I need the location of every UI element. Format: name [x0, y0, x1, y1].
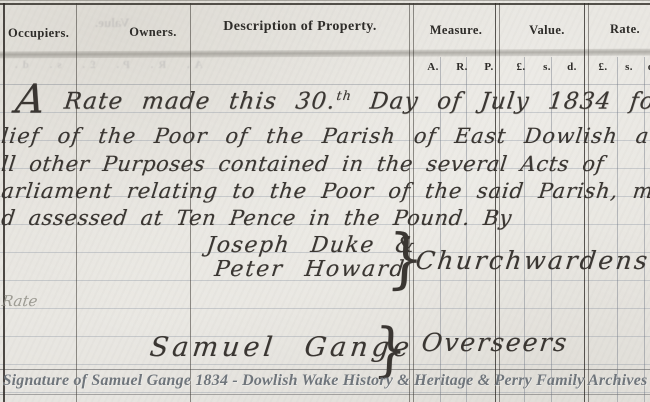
handwritten-line-1-text: Rate made this 30.: [44, 89, 337, 115]
column-header-owners: Owners.: [129, 25, 177, 40]
bleedthrough-text: A. R. P. £. s. d.: [10, 59, 203, 71]
subcolumn-header-perches: P.: [484, 61, 493, 73]
churchwardens-label: Churchwardens: [414, 246, 650, 275]
handwritten-line-2: lief of the Poor of the Parish of East D…: [0, 124, 650, 148]
column-header-rate: Rate.: [610, 22, 640, 37]
page-top-edge: [0, 0, 650, 1]
archive-caption: Signature of Samuel Gange 1834 - Dowlish…: [3, 372, 648, 389]
handwritten-line-3: ll other Purposes contained in the sever…: [0, 152, 606, 176]
overseers-label: Overseers: [420, 328, 570, 357]
handwritten-line-1: A Rate made this 30.th Day of July 1834 …: [14, 88, 650, 115]
column-header-occupiers: Occupiers.: [8, 26, 69, 41]
column-header-value: Value.: [529, 23, 565, 38]
subcolumn-header-rate-shillings: s.: [625, 61, 633, 73]
caption-bar: Signature of Samuel Gange 1834 - Dowlish…: [0, 372, 650, 390]
handwritten-line-1-rest: Day of July 1834 for the: [350, 89, 650, 115]
subcolumn-header-value-pence: d.: [567, 61, 577, 73]
header-top-rule: [0, 3, 650, 5]
column-header-measure: Measure.: [430, 23, 483, 38]
handwritten-initial: A: [13, 77, 49, 123]
subcolumn-header-value-shillings: s.: [543, 61, 551, 73]
subheader-rule: [0, 84, 650, 85]
subcolumn-header-roods: R.: [456, 61, 468, 73]
column-header-description: Description of Property.: [223, 19, 377, 35]
pencil-note: Rate: [1, 292, 39, 310]
rate-book-page: A. R. P. £. s. d. Value. Occupiers. Owne…: [0, 0, 650, 402]
header-bottom-band: [0, 49, 650, 59]
caption-rule-top: [0, 369, 650, 370]
signature-churchwarden-1: Joseph Duke &: [205, 233, 418, 258]
signature-churchwarden-2: Peter Howard: [213, 257, 407, 282]
subcolumn-header-acres: A.: [427, 61, 439, 73]
handwritten-line-5: d assessed at Ten Pence in the Pound. By: [0, 206, 513, 230]
subcolumn-header-rate-pounds: £.: [598, 61, 607, 73]
caption-rule-bottom: [0, 394, 650, 395]
subcolumn-header-value-pounds: £.: [516, 61, 525, 73]
handwritten-line-4: arliament relating to the Poor of the sa…: [0, 179, 650, 203]
bleedthrough-text: Value.: [95, 15, 130, 31]
